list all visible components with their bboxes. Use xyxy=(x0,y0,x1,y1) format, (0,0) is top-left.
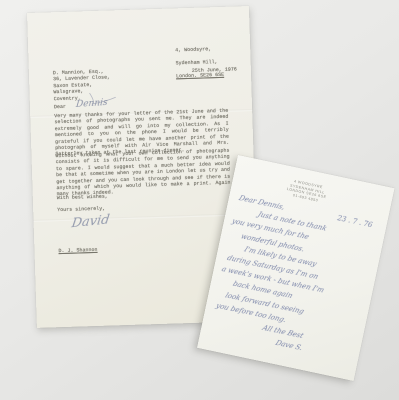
sender-address: 4, Woodsyre, Sydenham Hill, London. SE26… xyxy=(175,40,224,86)
photo-of-letters: 4, Woodsyre, Sydenham Hill, London. SE26… xyxy=(0,0,399,400)
fold-crease xyxy=(34,213,256,222)
sender-address-line: Sydenham Hill, xyxy=(176,59,224,67)
letter-date: 25th June, 1976 xyxy=(192,66,237,74)
sender-address-line: 4, Woodsyre, xyxy=(175,46,223,54)
salutation: Dear Dennis xyxy=(54,99,108,111)
handwritten-body: Dear Dennis, Just a note to thank you ve… xyxy=(208,192,381,366)
typed-signature-name: D. J. Shannon xyxy=(58,247,97,255)
handwritten-signature: David xyxy=(71,212,111,231)
letter-paragraph: Without knowing what your own collection… xyxy=(55,148,230,198)
salutation-handwritten-name: Dennis xyxy=(75,98,108,110)
closing-wishes: With best wishes, xyxy=(57,194,108,202)
salutation-typed: Dear xyxy=(54,103,66,110)
